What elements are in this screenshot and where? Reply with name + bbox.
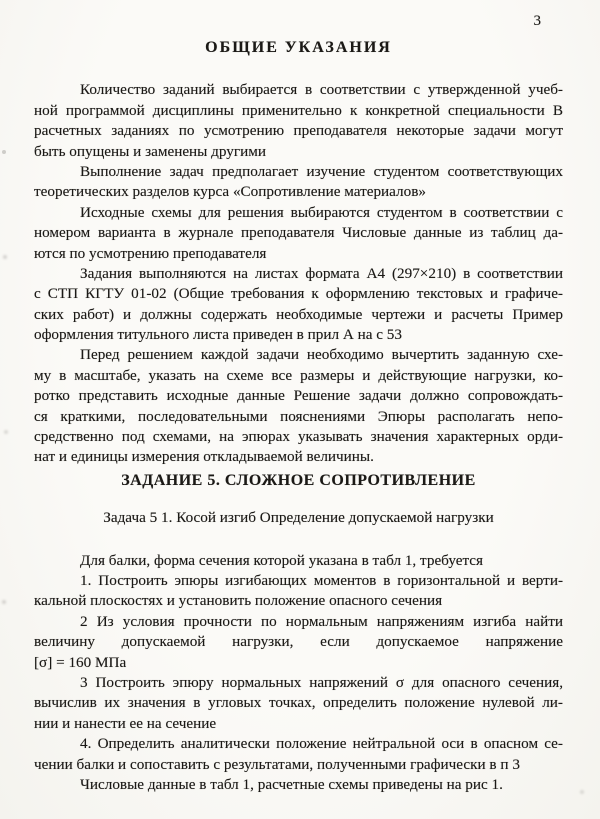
paragraph-line: ся краткими, последовательными пояснения… — [34, 407, 563, 427]
text-column: 3 ОБЩИЕ УКАЗАНИЯКоличество заданий выбир… — [34, 12, 563, 795]
paragraph-line: Количество заданий выбирается в соответс… — [34, 80, 563, 100]
paragraph-line: ются по усмотрению преподавателя — [34, 244, 563, 264]
paragraph-line: 2 Из условия прочности по нормальным нап… — [34, 612, 563, 632]
paragraph-line: быть опущены и заменены другими — [34, 142, 563, 162]
paragraph-line: 4. Определить аналитически положение ней… — [34, 734, 563, 754]
paragraph-line: номером варианта в журнале преподавателя… — [34, 223, 563, 243]
paragraph-line: 3 Построить эпюру нормальных напряжений … — [34, 673, 563, 693]
section-title-general: ОБЩИЕ УКАЗАНИЯ — [34, 38, 563, 58]
paragraph-line: средственно под схемами, на эпюрах указы… — [34, 427, 563, 447]
paragraph-line: величину допускаемой нагрузки, если допу… — [34, 632, 563, 652]
paragraph-line: Исходные схемы для решения выбираются ст… — [34, 203, 563, 223]
paragraph-task-count: Количество заданий выбирается в соответс… — [34, 80, 563, 162]
paragraph-beam-intro: Для балки, форма сечения которой указана… — [34, 551, 563, 571]
paragraph-item-3: 3 Построить эпюру нормальных напряжений … — [34, 673, 563, 734]
paragraph-line: Задания выполняются на листах формата А4… — [34, 264, 563, 284]
paragraph-line: му в масштабе, указать на схеме все разм… — [34, 366, 563, 386]
paragraph-line: Для балки, форма сечения которой указана… — [34, 551, 563, 571]
paragraph-line: с СТП КГТУ 01-02 (Общие требования к офо… — [34, 284, 563, 304]
paragraph-line: ротко представить исходные данные Решени… — [34, 386, 563, 406]
paragraph-solution-rules: Перед решением каждой задачи необходимо … — [34, 345, 563, 467]
paragraph-line: нии и нанести ее на сечение — [34, 714, 563, 734]
paragraph-course-study: Выполнение задач предполагает изучение с… — [34, 162, 563, 203]
subheading-task-5-1: Задача 5 1. Косой изгиб Определение допу… — [34, 508, 563, 528]
paragraph-line: теоретических разделов курса «Сопротивле… — [34, 182, 563, 202]
paragraph-source-schemes: Исходные схемы для решения выбираются ст… — [34, 203, 563, 264]
paragraph-line: кальной плоскостях и установить положени… — [34, 591, 563, 611]
paragraph-line: чении балки и сопоставить с результатами… — [34, 755, 563, 775]
paragraph-line: Числовые данные в табл 1, расчетные схем… — [34, 775, 563, 795]
section-title-task5: ЗАДАНИЕ 5. СЛОЖНОЕ СОПРОТИВЛЕНИЕ — [34, 471, 563, 491]
paragraph-format-requirements: Задания выполняются на листах формата А4… — [34, 264, 563, 346]
paragraph-line: нат и единицы измерения откладываемой ве… — [34, 447, 563, 467]
paragraph-line: Перед решением каждой задачи необходимо … — [34, 345, 563, 365]
paragraph-line: расчетных заданиях по усмотрению препода… — [34, 121, 563, 141]
document-content: ОБЩИЕ УКАЗАНИЯКоличество заданий выбирае… — [34, 38, 563, 795]
paragraph-line: Выполнение задач предполагает изучение с… — [34, 162, 563, 182]
paragraph-item-4: 4. Определить аналитически положение ней… — [34, 734, 563, 775]
page-number: 3 — [34, 12, 563, 30]
paragraph-line: ной программой дисциплины применительно … — [34, 101, 563, 121]
paragraph-data-reference: Числовые данные в табл 1, расчетные схем… — [34, 775, 563, 795]
paragraph-item-2: 2 Из условия прочности по нормальным нап… — [34, 612, 563, 673]
paragraph-line: вычислив их значения в угловых точках, о… — [34, 693, 563, 713]
paragraph-line: 1. Построить эпюры изгибающих моментов в… — [34, 571, 563, 591]
document-page: 3 ОБЩИЕ УКАЗАНИЯКоличество заданий выбир… — [0, 0, 600, 819]
paragraph-line: [σ] = 160 МПа — [34, 653, 563, 673]
paragraph-item-1: 1. Построить эпюры изгибающих моментов в… — [34, 571, 563, 612]
paragraph-line: ских работ) и должны содержать необходим… — [34, 305, 563, 325]
paragraph-line: оформления титульного листа приведен в п… — [34, 325, 563, 345]
